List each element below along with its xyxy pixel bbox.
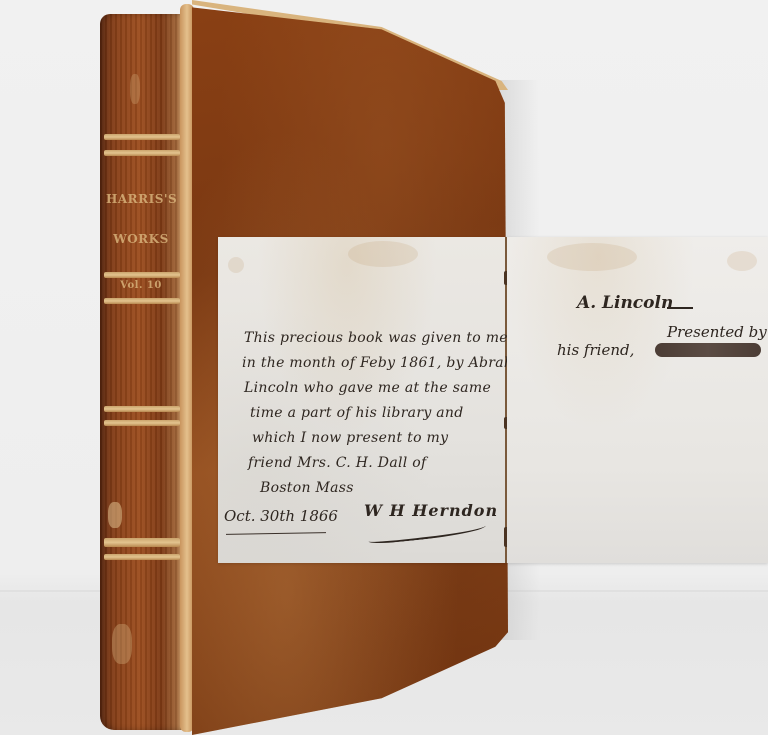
foxing-stain — [348, 241, 418, 267]
spine-gilt-band — [104, 134, 180, 140]
spine-volume-label: Vol. 10 — [106, 280, 176, 291]
foxing-stain — [228, 257, 244, 273]
spine-gilt-band — [104, 538, 180, 547]
endpaper-left-page: This precious book was given to me, in t… — [218, 237, 507, 563]
scratched-out-name — [655, 343, 761, 357]
leather-wear-spot — [130, 74, 140, 104]
date-underline — [226, 532, 326, 535]
foxing-stain — [727, 251, 757, 271]
herndon-signature: W H Herndon — [364, 501, 498, 520]
spine-gilt-band — [104, 406, 180, 412]
spine-gilt-band — [104, 150, 180, 156]
presented-by-text: Presented by — [667, 323, 767, 341]
book-spine: HARRIS'S WORKS Vol. 10 — [100, 14, 188, 730]
inscription-line: which I now present to my — [252, 430, 448, 446]
spine-title-line-1: HARRIS'S — [106, 192, 176, 206]
spine-gilt-band — [104, 420, 180, 426]
inscription-inset-photo: This precious book was given to me, in t… — [218, 237, 768, 563]
signature-dash — [667, 307, 693, 309]
inscription-line: This precious book was given to me, — [244, 330, 513, 346]
spine-gilt-band — [104, 554, 180, 560]
spine-title-line-2: WORKS — [106, 232, 176, 246]
inscription-line: friend Mrs. C. H. Dall of — [248, 455, 427, 471]
inscription-line: in the month of Feby 1861, by Abraham — [242, 355, 535, 371]
his-friend-text: his friend, — [557, 341, 634, 359]
spine-gilt-band — [104, 298, 180, 304]
book-hinge — [180, 4, 194, 732]
inscription-line: time a part of his library and — [250, 405, 464, 421]
inscription-line: Lincoln who gave me at the same — [244, 380, 491, 396]
endpaper-right-page: A. Lincoln Presented by his friend, — [507, 237, 768, 563]
spine-gilt-band — [104, 272, 180, 278]
signature-flourish — [368, 521, 487, 545]
foxing-stain — [547, 243, 637, 271]
lincoln-signature: A. Lincoln — [577, 293, 673, 313]
inscription-date: Oct. 30th 1866 — [224, 507, 338, 525]
inscription-line: Boston Mass — [260, 480, 354, 496]
leather-wear-spot — [108, 502, 122, 528]
leather-wear-spot — [112, 624, 132, 664]
